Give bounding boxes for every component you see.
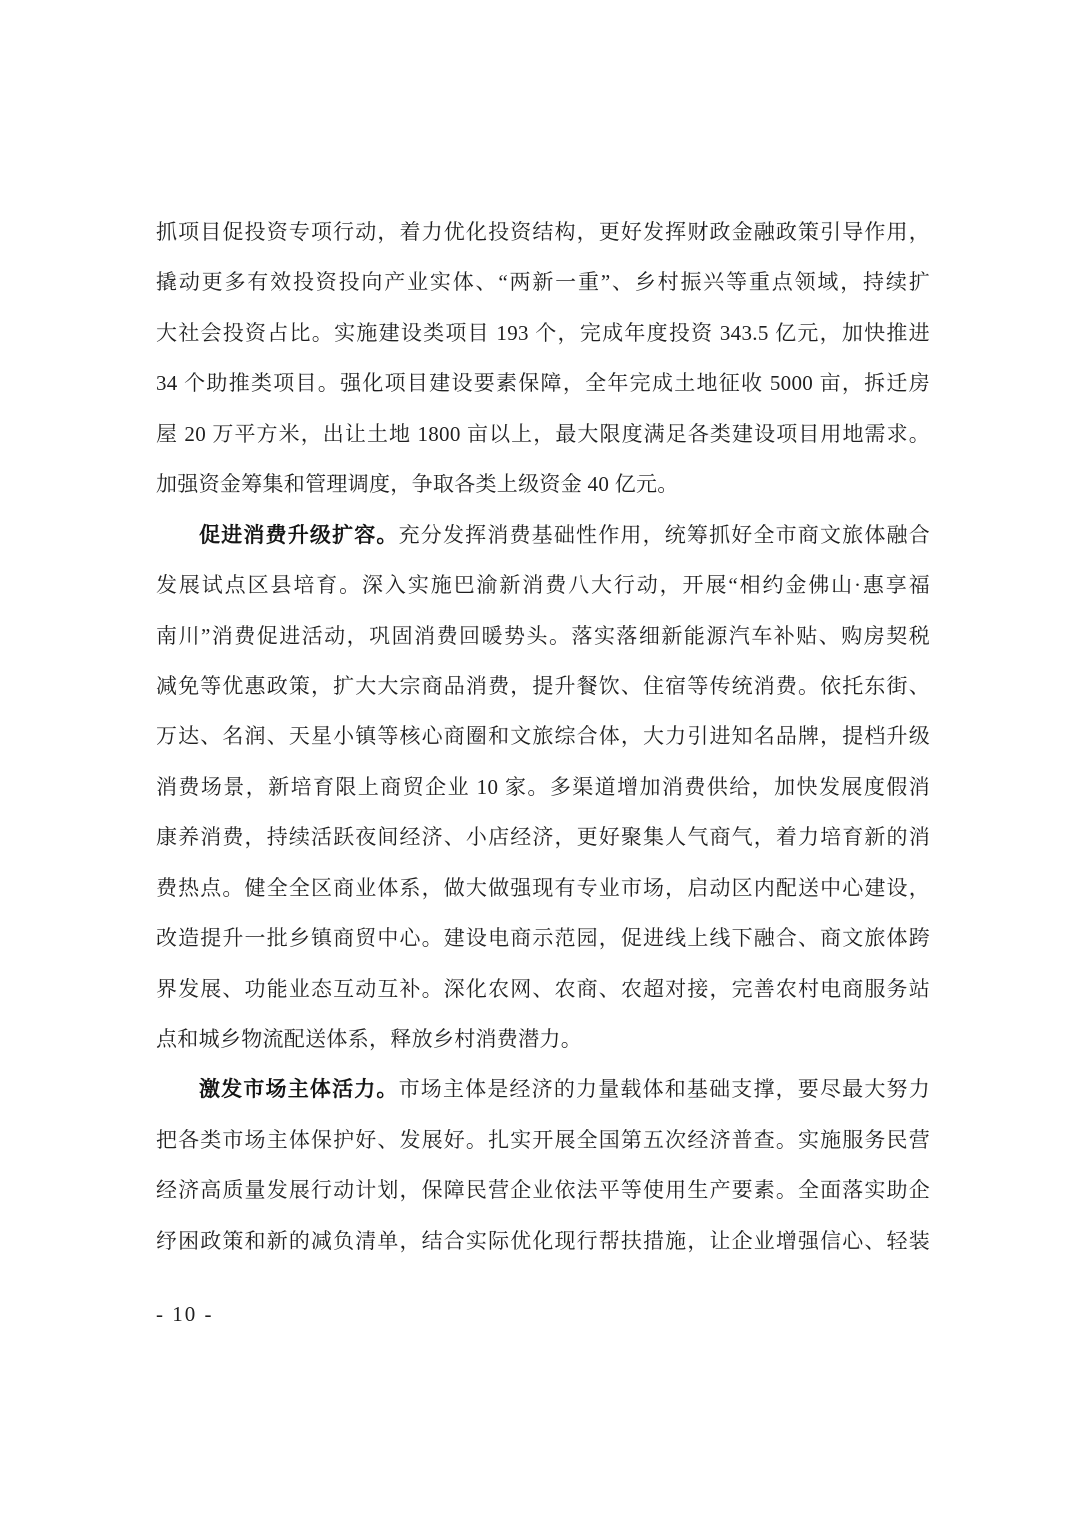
text-line: 康养消费，持续活跃夜间经济、小店经济，更好聚集人气商气，着力培育新的消 — [156, 812, 930, 862]
text-line: 南川”消费促进活动，巩固消费回暖势头。落实落细新能源汽车补贴、购房契税 — [156, 611, 930, 661]
text-line: 纾困政策和新的减负清单，结合实际优化现行帮扶措施，让企业增强信心、轻装 — [156, 1216, 930, 1266]
text-line: 费热点。健全全区商业体系，做大做强现有专业市场，启动区内配送中心建设， — [156, 863, 930, 913]
paragraph-lead: 激发市场主体活力。 — [199, 1077, 399, 1101]
document-page: 抓项目促投资专项行动，着力优化投资结构，更好发挥财政金融政策引导作用， 撬动更多… — [0, 0, 1074, 1520]
text-line: 万达、名润、天星小镇等核心商圈和文旅综合体，大力引进知名品牌，提档升级 — [156, 711, 930, 761]
text-line: 改造提升一批乡镇商贸中心。建设电商示范园，促进线上线下融合、商文旅体跨 — [156, 913, 930, 963]
text-line: 减免等优惠政策，扩大大宗商品消费，提升餐饮、住宿等传统消费。依托东街、 — [156, 661, 930, 711]
text-line: 界发展、功能业态互动互补。深化农网、农商、农超对接，完善农村电商服务站 — [156, 964, 930, 1014]
text-line: 加强资金筹集和管理调度，争取各类上级资金 40 亿元。 — [156, 459, 930, 509]
text-line: 抓项目促投资专项行动，着力优化投资结构，更好发挥财政金融政策引导作用， — [156, 207, 930, 257]
text-line: 屋 20 万平方米，出让土地 1800 亩以上，最大限度满足各类建设项目用地需求… — [156, 409, 930, 459]
text-line: 消费场景，新培育限上商贸企业 10 家。多渠道增加消费供给，加快发展度假消费、 — [156, 762, 930, 812]
text-line: 经济高质量发展行动计划，保障民营企业依法平等使用生产要素。全面落实助企 — [156, 1165, 930, 1215]
text-line: 把各类市场主体保护好、发展好。扎实开展全国第五次经济普查。实施服务民营 — [156, 1115, 930, 1165]
body-text: 抓项目促投资专项行动，着力优化投资结构，更好发挥财政金融政策引导作用， 撬动更多… — [156, 207, 930, 1266]
text-line: 34 个助推类项目。强化项目建设要素保障，全年完成土地征收 5000 亩，拆迁房 — [156, 358, 930, 408]
text-line: 发展试点区县培育。深入实施巴渝新消费八大行动，开展“相约金佛山·惠享福 — [156, 560, 930, 610]
paragraph-lead: 促进消费升级扩容。 — [199, 523, 399, 547]
text-line: 撬动更多有效投资投向产业实体、“两新一重”、乡村振兴等重点领域，持续扩 — [156, 257, 930, 307]
text-line: 点和城乡物流配送体系，释放乡村消费潜力。 — [156, 1014, 930, 1064]
text-line: 大社会投资占比。实施建设类项目 193 个，完成年度投资 343.5 亿元，加快… — [156, 308, 930, 358]
page-number: - 10 - — [156, 1300, 214, 1328]
paragraph-start-line: 激发市场主体活力。市场主体是经济的力量载体和基础支撑，要尽最大努力 — [156, 1064, 930, 1114]
paragraph-start-line: 促进消费升级扩容。充分发挥消费基础性作用，统筹抓好全市商文旅体融合 — [156, 510, 930, 560]
paragraph-lead-rest: 市场主体是经济的力量载体和基础支撑，要尽最大努力 — [399, 1077, 930, 1101]
paragraph-lead-rest: 充分发挥消费基础性作用，统筹抓好全市商文旅体融合 — [399, 523, 930, 547]
